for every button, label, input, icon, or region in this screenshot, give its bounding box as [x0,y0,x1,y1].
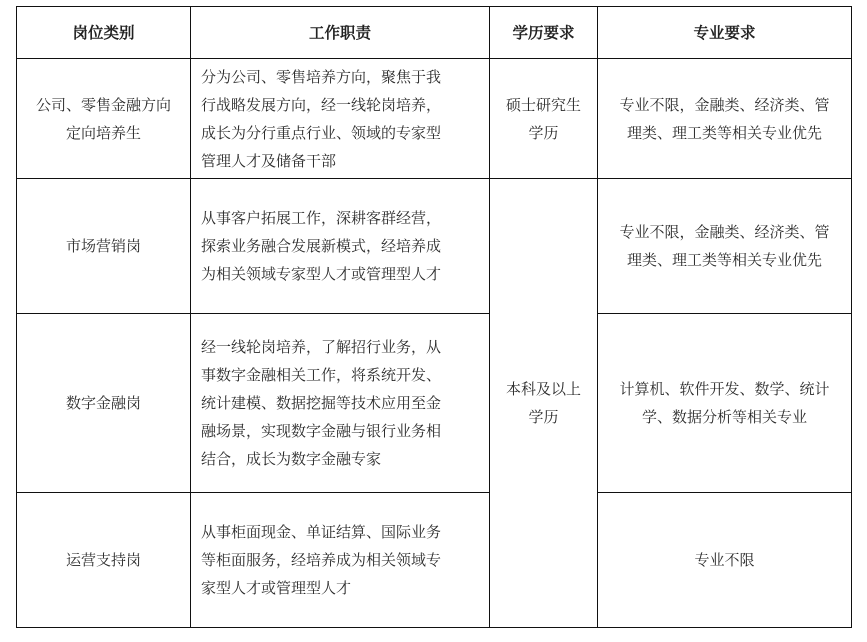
text-line: 公司、零售金融方向 [27,91,180,119]
text-line: 为相关领域专家型人才或管理型人才 [201,260,479,288]
text-line: 专业不限，金融类、经济类、管 [608,91,841,119]
cell-education-shared: 本科及以上 学历 [490,179,598,628]
text-line: 硕士研究生 [500,91,587,119]
text-line: 专业不限 [608,546,841,574]
text-line: 从事柜面现金、单证结算、国际业务 [201,518,479,546]
text-line: 等柜面服务，经培养成为相关领域专 [201,546,479,574]
header-category: 岗位类别 [17,7,191,59]
table-row: 公司、零售金融方向 定向培养生 分为公司、零售培养方向，聚焦于我 行战略发展方向… [17,59,852,179]
text-line: 学历 [500,403,587,431]
text-line: 定向培养生 [27,119,180,147]
text-line: 运营支持岗 [27,546,180,574]
text-line: 统计建模、数据挖掘等技术应用至金 [201,389,479,417]
cell-category: 公司、零售金融方向 定向培养生 [17,59,191,179]
cell-education: 硕士研究生 学历 [490,59,598,179]
text-line: 分为公司、零售培养方向，聚焦于我 [201,63,479,91]
cell-category: 运营支持岗 [17,493,191,628]
text-line: 学、数据分析等相关专业 [608,403,841,431]
cell-category: 市场营销岗 [17,179,191,314]
text-line: 从事客户拓展工作，深耕客群经营， [201,204,479,232]
cell-duties: 从事客户拓展工作，深耕客群经营， 探索业务融合发展新模式，经培养成 为相关领域专… [191,179,490,314]
cell-duties: 从事柜面现金、单证结算、国际业务 等柜面服务，经培养成为相关领域专 家型人才或管… [191,493,490,628]
cell-category: 数字金融岗 [17,314,191,493]
text-line: 行战略发展方向，经一线轮岗培养， [201,91,479,119]
text-line: 结合，成长为数字金融专家 [201,445,479,473]
header-duties: 工作职责 [191,7,490,59]
text-line: 计算机、软件开发、数学、统计 [608,375,841,403]
text-line: 本科及以上 [500,375,587,403]
text-line: 理类、理工类等相关专业优先 [608,119,841,147]
table-header-row: 岗位类别 工作职责 学历要求 专业要求 [17,7,852,59]
table-row: 市场营销岗 从事客户拓展工作，深耕客群经营， 探索业务融合发展新模式，经培养成 … [17,179,852,314]
text-line: 成长为分行重点行业、领域的专家型 [201,119,479,147]
header-major: 专业要求 [598,7,852,59]
job-requirements-table: 岗位类别 工作职责 学历要求 专业要求 公司、零售金融方向 定向培养生 分为公司… [16,6,852,628]
text-line: 专业不限，金融类、经济类、管 [608,218,841,246]
text-line: 管理人才及储备干部 [201,147,479,175]
text-line: 学历 [500,119,587,147]
text-line: 理类、理工类等相关专业优先 [608,246,841,274]
text-line: 探索业务融合发展新模式，经培养成 [201,232,479,260]
cell-major: 计算机、软件开发、数学、统计 学、数据分析等相关专业 [598,314,852,493]
text-line: 市场营销岗 [27,232,180,260]
text-line: 数字金融岗 [27,389,180,417]
cell-major: 专业不限，金融类、经济类、管 理类、理工类等相关专业优先 [598,179,852,314]
text-line: 事数字金融相关工作，将系统开发、 [201,361,479,389]
text-line: 融场景，实现数字金融与银行业务相 [201,417,479,445]
text-line: 家型人才或管理型人才 [201,574,479,602]
text-line: 经一线轮岗培养，了解招行业务，从 [201,333,479,361]
header-education: 学历要求 [490,7,598,59]
cell-major: 专业不限 [598,493,852,628]
table-row: 数字金融岗 经一线轮岗培养，了解招行业务，从 事数字金融相关工作，将系统开发、 … [17,314,852,493]
cell-duties: 分为公司、零售培养方向，聚焦于我 行战略发展方向，经一线轮岗培养， 成长为分行重… [191,59,490,179]
cell-major: 专业不限，金融类、经济类、管 理类、理工类等相关专业优先 [598,59,852,179]
table-row: 运营支持岗 从事柜面现金、单证结算、国际业务 等柜面服务，经培养成为相关领域专 … [17,493,852,628]
cell-duties: 经一线轮岗培养，了解招行业务，从 事数字金融相关工作，将系统开发、 统计建模、数… [191,314,490,493]
